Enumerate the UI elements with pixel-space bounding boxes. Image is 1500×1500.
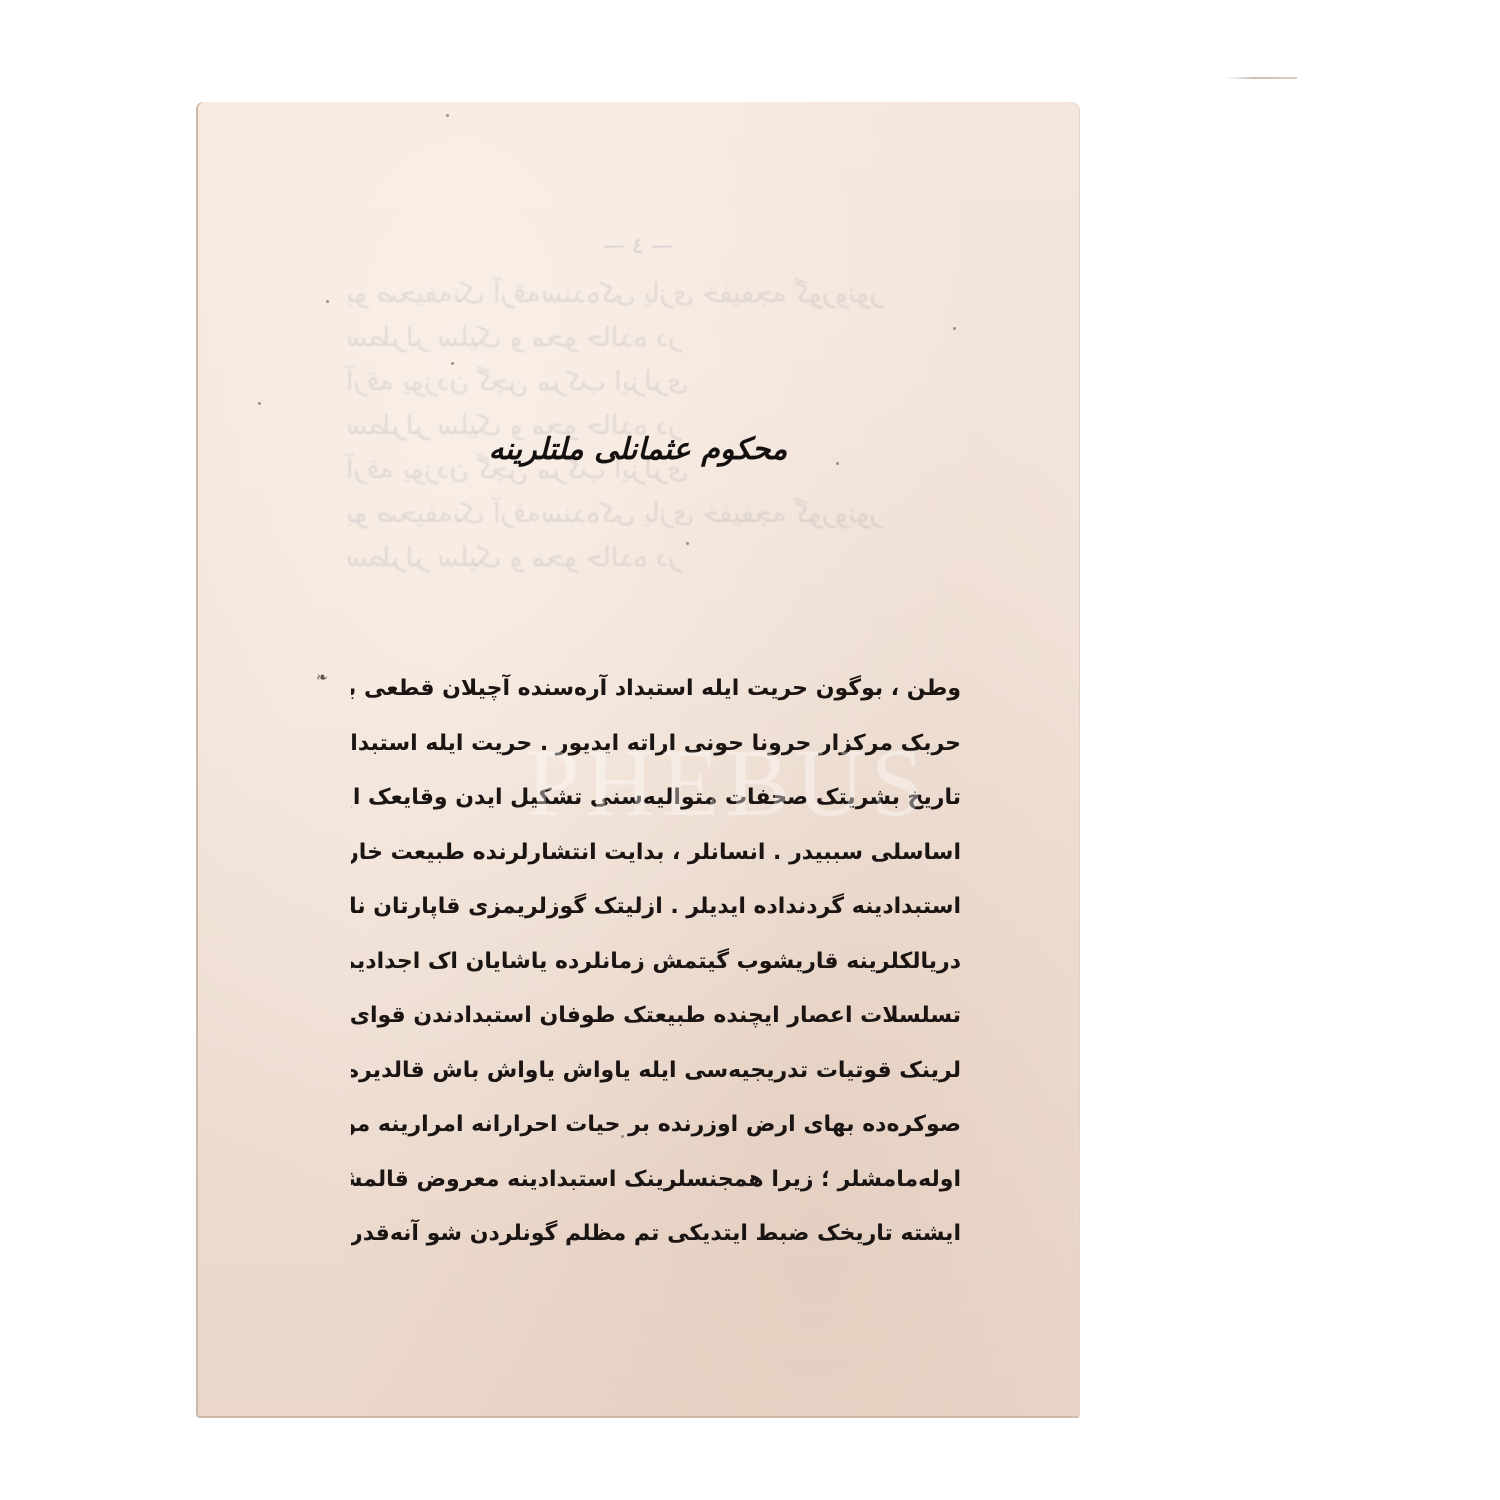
bleed-through-line: بو صحیفه‌نک آرقه‌سنده‌کی یازی خفیفجه گور… [346,492,960,536]
body-line: تاریخ بشریتک صحفات متوالیه‌سنی تشکیل اید… [351,771,961,826]
body-line: لرینک قوتیات تدریجیه‌سی ایله یاواش یاواش… [351,1044,961,1099]
paper-speck [451,362,454,365]
body-line: حربک مرکزار حرونا حونی اراته ایدیور . حر… [351,717,961,772]
body-line: استبدادینه گردنداده ایدیلر . ازلیتک گوزل… [351,880,961,935]
bleed-through-line: آرقه یوزدن گچن مرکب ایزلری [346,360,960,404]
paper-speck [953,327,956,330]
paper-speck [621,1135,624,1138]
bleed-through-page-number: — ٤ — [196,234,1080,259]
body-line: صوکره‌ده بهای ارض اوزرنده بر حیات احرارا… [351,1098,961,1153]
paper-speck [326,300,329,303]
body-line: ایشته تاریخک ضبط ایتدیکی تم مظلم گونلردن… [351,1207,961,1262]
page-heading: محکوم عثمانلی ملتلرینه [196,432,1080,467]
body-line: دریالکلرینه قاریشوب گیتمش زمانلرده یاشای… [351,935,961,990]
body-paragraph: وطن ، بوگون حریت ایله استبداد آره‌سنده آ… [351,662,961,1262]
bleed-through-text: بو صحیفه‌نک آرقه‌سنده‌کی یازی خفیفجه گور… [346,272,960,580]
document-page: — ٤ — بو صحیفه‌نک آرقه‌سنده‌کی یازی خفیف… [196,102,1080,1418]
bleed-through-line: سطرلر سلیک و محو حالده در [346,316,960,360]
bleed-through-line: سطرلر سلیک و محو حالده در [346,536,960,580]
paper-speck [836,462,839,465]
paper-speck [686,542,689,545]
body-line: اساسلی سببیدر . انسانلر ، بدایت انتشارلر… [351,826,961,881]
body-line: تسلسلات اعصار ایچنده طبیعتک طوفان استبدا… [351,989,961,1044]
paper-speck [258,402,261,405]
body-line: اوله‌مامشلر ؛ زیرا همجنسلرینک استبدادینه… [351,1153,961,1208]
margin-ornament-icon: ❧ [316,670,328,686]
paper-speck [446,114,449,117]
bleed-through-line: بو صحیفه‌نک آرقه‌سنده‌کی یازی خفیفجه گور… [346,272,960,316]
background-stray-mark [1225,77,1297,79]
body-line: وطن ، بوگون حریت ایله استبداد آره‌سنده آ… [351,662,961,717]
